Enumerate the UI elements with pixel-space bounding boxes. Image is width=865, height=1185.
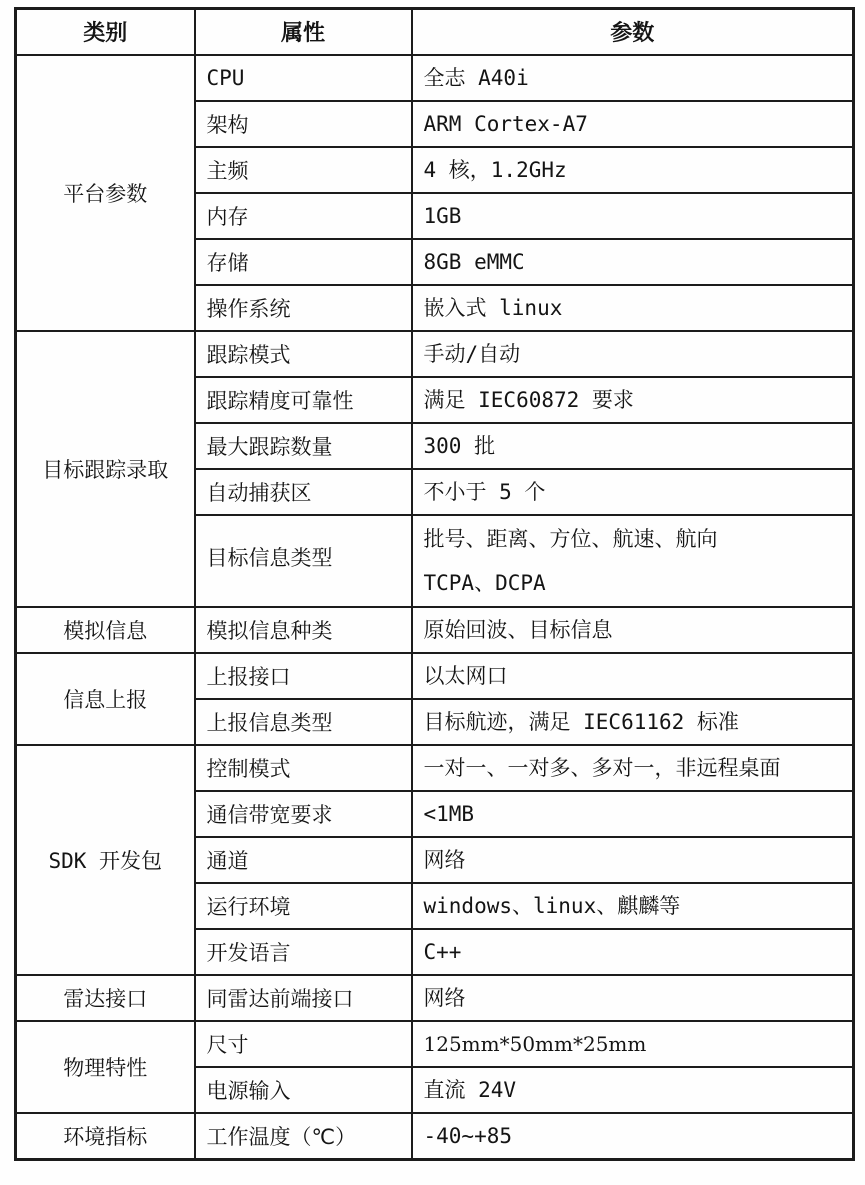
attribute-cell: 模拟信息种类 — [195, 607, 412, 653]
attribute-cell: 存储 — [195, 239, 412, 285]
parameter-cell: ARM Cortex-A7 — [412, 101, 854, 147]
attribute-cell: CPU — [195, 55, 412, 101]
attribute-cell: 自动捕获区 — [195, 469, 412, 515]
parameter-cell: 满足 IEC60872 要求 — [412, 377, 854, 423]
parameter-cell: 直流 24V — [412, 1067, 854, 1113]
attribute-cell: 架构 — [195, 101, 412, 147]
header-attribute: 属性 — [195, 9, 412, 55]
parameter-cell: <1MB — [412, 791, 854, 837]
parameter-cell: C++ — [412, 929, 854, 975]
parameter-cell: 网络 — [412, 837, 854, 883]
parameter-cell: 目标航迹，满足 IEC61162 标准 — [412, 699, 854, 745]
attribute-cell: 通信带宽要求 — [195, 791, 412, 837]
attribute-cell: 同雷达前端接口 — [195, 975, 412, 1021]
table-header-row: 类别 属性 参数 — [16, 9, 854, 55]
parameter-cell: 网络 — [412, 975, 854, 1021]
attribute-cell: 通道 — [195, 837, 412, 883]
attribute-cell: 开发语言 — [195, 929, 412, 975]
parameter-cell: 300 批 — [412, 423, 854, 469]
table-row: 模拟信息 模拟信息种类 原始回波、目标信息 — [16, 607, 854, 653]
parameter-cell: 125mm*50mm*25mm — [412, 1021, 854, 1067]
attribute-cell: 内存 — [195, 193, 412, 239]
category-cell-info-report: 信息上报 — [16, 653, 195, 745]
attribute-cell: 操作系统 — [195, 285, 412, 331]
category-cell-physical: 物理特性 — [16, 1021, 195, 1113]
table-row: 雷达接口 同雷达前端接口 网络 — [16, 975, 854, 1021]
attribute-cell: 控制模式 — [195, 745, 412, 791]
parameter-cell: 全志 A40i — [412, 55, 854, 101]
parameter-cell: windows、linux、麒麟等 — [412, 883, 854, 929]
table-row: 物理特性 尺寸 125mm*50mm*25mm — [16, 1021, 854, 1067]
attribute-cell: 主频 — [195, 147, 412, 193]
parameter-cell: 8GB eMMC — [412, 239, 854, 285]
parameter-cell: 以太网口 — [412, 653, 854, 699]
category-cell-platform: 平台参数 — [16, 55, 195, 331]
parameter-cell: 手动/自动 — [412, 331, 854, 377]
category-cell-tracking: 目标跟踪录取 — [16, 331, 195, 607]
parameter-cell: 嵌入式 linux — [412, 285, 854, 331]
spec-sheet-page: 类别 属性 参数 平台参数 CPU 全志 A40i 架构 ARM Cortex-… — [0, 0, 865, 1185]
table-row: 平台参数 CPU 全志 A40i — [16, 55, 854, 101]
table-row: 目标跟踪录取 跟踪模式 手动/自动 — [16, 331, 854, 377]
attribute-cell: 跟踪精度可靠性 — [195, 377, 412, 423]
category-cell-environment: 环境指标 — [16, 1113, 195, 1160]
category-cell-sdk: SDK 开发包 — [16, 745, 195, 975]
attribute-cell: 工作温度（℃） — [195, 1113, 412, 1160]
table-row: 信息上报 上报接口 以太网口 — [16, 653, 854, 699]
parameter-cell: 一对一、一对多、多对一，非远程桌面 — [412, 745, 854, 791]
parameter-cell: 批号、距离、方位、航速、航向 TCPA、DCPA — [412, 515, 854, 607]
attribute-cell: 尺寸 — [195, 1021, 412, 1067]
attribute-cell: 最大跟踪数量 — [195, 423, 412, 469]
category-cell-radar-interface: 雷达接口 — [16, 975, 195, 1021]
attribute-cell: 跟踪模式 — [195, 331, 412, 377]
attribute-cell: 运行环境 — [195, 883, 412, 929]
header-category: 类别 — [16, 9, 195, 55]
header-parameter: 参数 — [412, 9, 854, 55]
parameter-cell: 4 核，1.2GHz — [412, 147, 854, 193]
parameter-cell: -40~+85 — [412, 1113, 854, 1160]
table-row: SDK 开发包 控制模式 一对一、一对多、多对一，非远程桌面 — [16, 745, 854, 791]
attribute-cell: 电源输入 — [195, 1067, 412, 1113]
parameter-cell: 1GB — [412, 193, 854, 239]
category-cell-simulated-info: 模拟信息 — [16, 607, 195, 653]
table-row: 环境指标 工作温度（℃） -40~+85 — [16, 1113, 854, 1160]
parameter-cell: 不小于 5 个 — [412, 469, 854, 515]
parameter-cell: 原始回波、目标信息 — [412, 607, 854, 653]
attribute-cell: 上报信息类型 — [195, 699, 412, 745]
attribute-cell: 目标信息类型 — [195, 515, 412, 607]
spec-table: 类别 属性 参数 平台参数 CPU 全志 A40i 架构 ARM Cortex-… — [14, 7, 855, 1161]
attribute-cell: 上报接口 — [195, 653, 412, 699]
